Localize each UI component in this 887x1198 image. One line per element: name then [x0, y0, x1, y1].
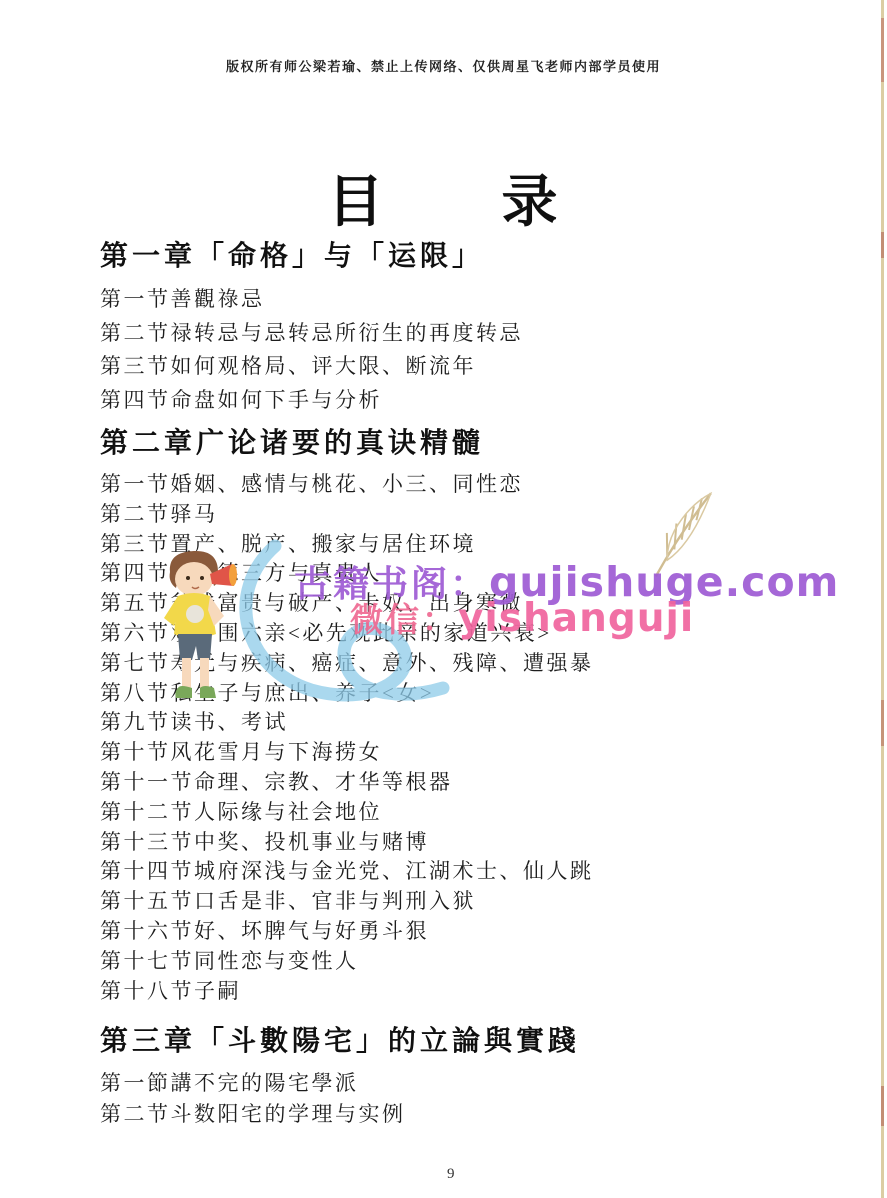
- scan-border-mark: [881, 700, 884, 746]
- toc-item: 第一节善觀祿忌: [100, 283, 800, 317]
- chapter-section-1: 第一章「命格」与「运限」 第一节善觀祿忌第二节禄转忌与忌转忌所衍生的再度转忌第三…: [100, 239, 800, 417]
- toc-item: 第一节婚姻、感情与桃花、小三、同性恋: [100, 470, 800, 500]
- page-title: 目 录: [0, 158, 887, 238]
- toc-item: 第十八节子嗣: [100, 977, 800, 1007]
- page-number: 9: [447, 1166, 455, 1183]
- toc-item: 第十六节好、坏脾气与好勇斗狠: [100, 917, 800, 947]
- toc-item: 第一節講不完的陽宅學派: [100, 1068, 800, 1099]
- chapter-section-3: 第三章「斗數陽宅」的立論與實踐 第一節講不完的陽宅學派第二节斗数阳宅的学理与实例: [100, 1024, 800, 1130]
- chapter-heading: 第三章「斗數陽宅」的立論與實踐: [100, 1024, 800, 1059]
- toc-item: 第八节私生子与庶出、养子<女>: [100, 679, 800, 709]
- toc-item: 第三节置产、脱产、搬家与居住环境: [100, 530, 800, 560]
- chapter-heading: 第二章广论诸要的真诀精髓: [100, 426, 800, 461]
- toc-item: 第十一节命理、宗教、才华等根器: [100, 768, 800, 798]
- toc-item: 第二节禄转忌与忌转忌所衍生的再度转忌: [100, 317, 800, 351]
- toc-item: 第五节贫贱富贵与破产、卡奴、出身寒微: [100, 589, 800, 619]
- chapter-items: 第一节婚姻、感情与桃花、小三、同性恋第二节驿马第三节置产、脱产、搬家与居住环境第…: [100, 470, 800, 1006]
- toc-item: 第九节读书、考试: [100, 708, 800, 738]
- chapter-items: 第一节善觀祿忌第二节禄转忌与忌转忌所衍生的再度转忌第三节如何观格局、评大限、断流…: [100, 283, 800, 417]
- toc-item: 第四节命盘如何下手与分析: [100, 384, 800, 418]
- toc-item: 第十二节人际缘与社会地位: [100, 798, 800, 828]
- toc-item: 第十三节中奖、投机事业与赌博: [100, 828, 800, 858]
- toc-item: 第三节如何观格局、评大限、断流年: [100, 350, 800, 384]
- chapter-section-2: 第二章广论诸要的真诀精髓 第一节婚姻、感情与桃花、小三、同性恋第二节驿马第三节置…: [100, 426, 800, 1006]
- scan-border-mark: [881, 1086, 884, 1126]
- chapter-items: 第一節講不完的陽宅學派第二节斗数阳宅的学理与实例: [100, 1068, 800, 1130]
- toc-item: 第七节寿元与疾病、癌症、意外、残障、遭强暴: [100, 649, 800, 679]
- toc-item: 第十四节城府深浅与金光党、江湖术士、仙人跳: [100, 857, 800, 887]
- toc-item: 第四节论福德三方与真贵人: [100, 559, 800, 589]
- document-page: 版权所有师公梁若瑜、禁止上传网络、仅供周星飞老师内部学员使用 目 录 第一章「命…: [0, 0, 887, 1198]
- toc-item: 第二节驿马: [100, 500, 800, 530]
- toc-item: 第六节观外围六亲<必先观此亲的家道兴衰>: [100, 619, 800, 649]
- toc-item: 第十五节口舌是非、官非与判刑入狱: [100, 887, 800, 917]
- copyright-notice: 版权所有师公梁若瑜、禁止上传网络、仅供周星飞老师内部学员使用: [0, 56, 887, 75]
- toc-item: 第二节斗数阳宅的学理与实例: [100, 1099, 800, 1130]
- chapter-heading: 第一章「命格」与「运限」: [100, 239, 800, 274]
- toc-item: 第十七节同性恋与变性人: [100, 947, 800, 977]
- toc-item: 第十节风花雪月与下海捞女: [100, 738, 800, 768]
